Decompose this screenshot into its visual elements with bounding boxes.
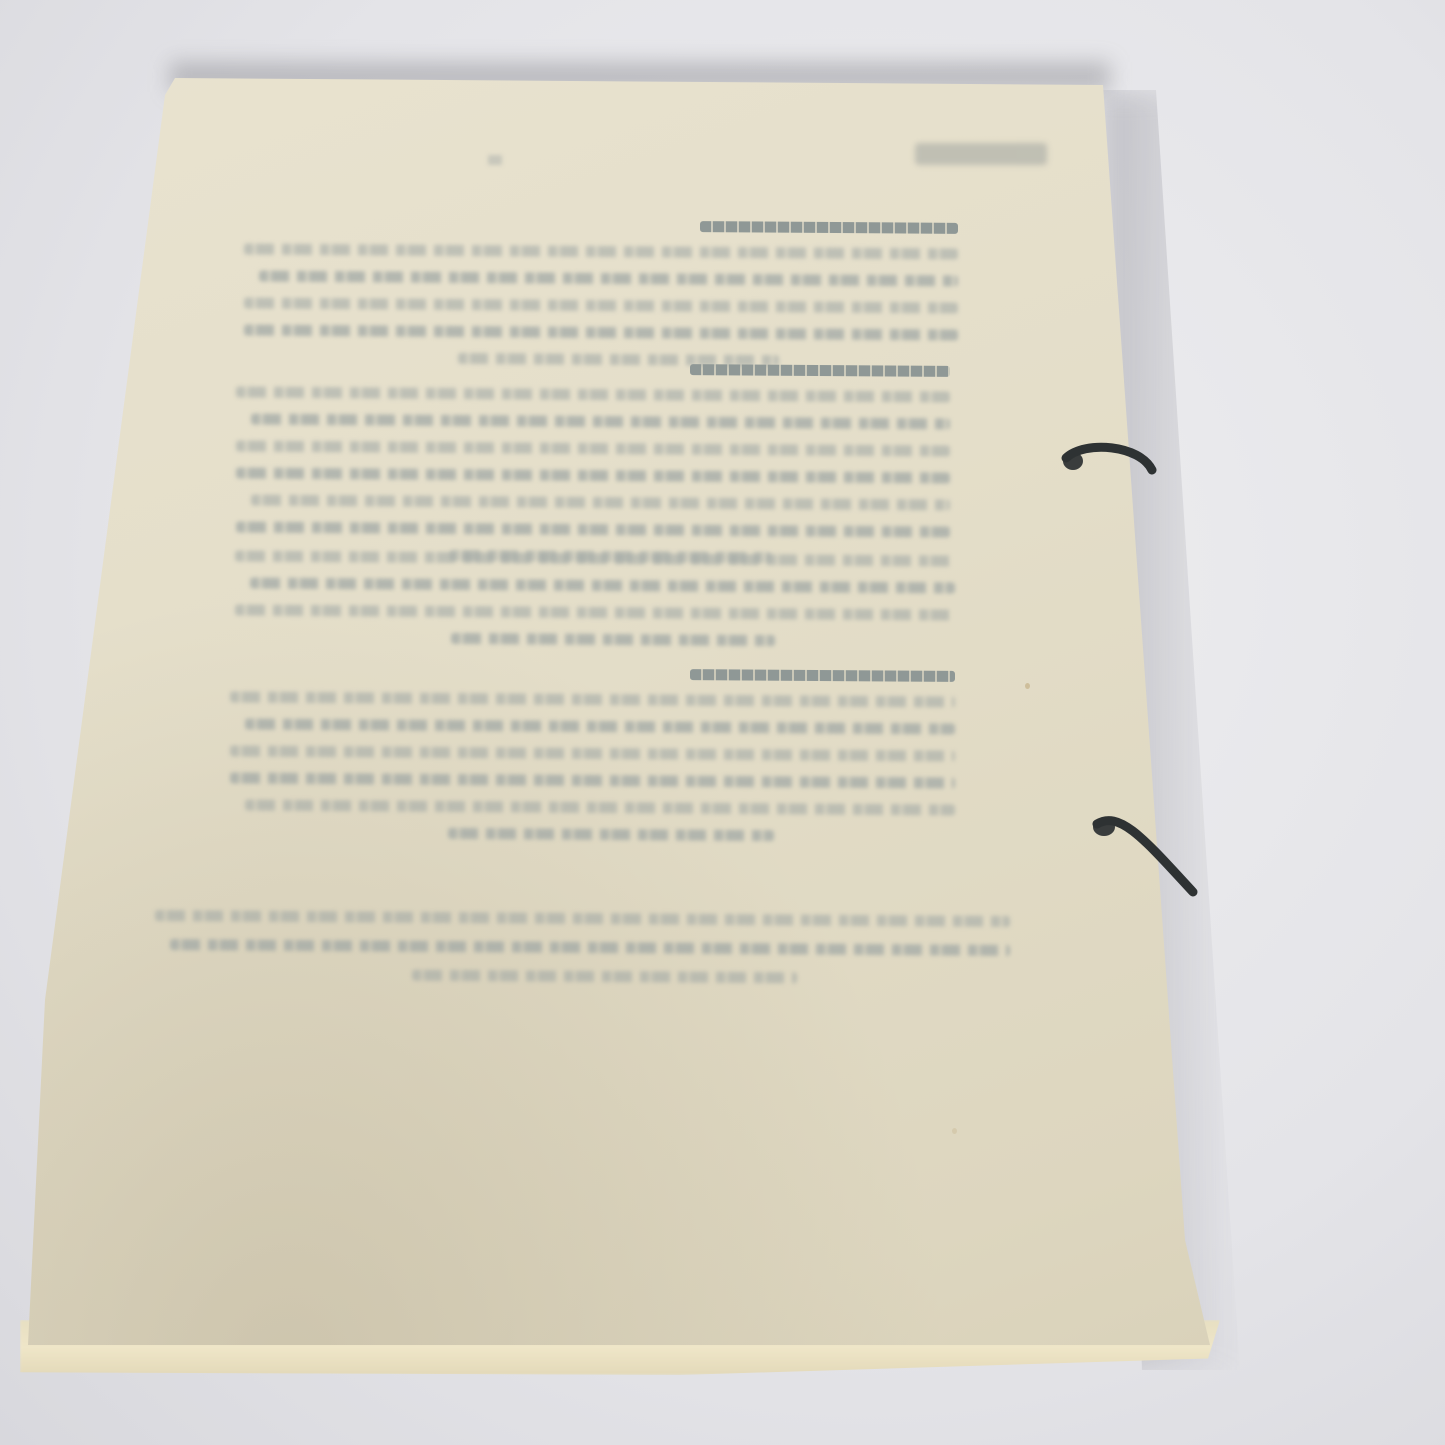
binding-rings: [0, 0, 1445, 1445]
binding-ring-icon: [1063, 447, 1152, 470]
photo-scene: Photograph of a stack of cream-colored t…: [0, 0, 1445, 1445]
binding-ring-icon: [1093, 818, 1193, 892]
